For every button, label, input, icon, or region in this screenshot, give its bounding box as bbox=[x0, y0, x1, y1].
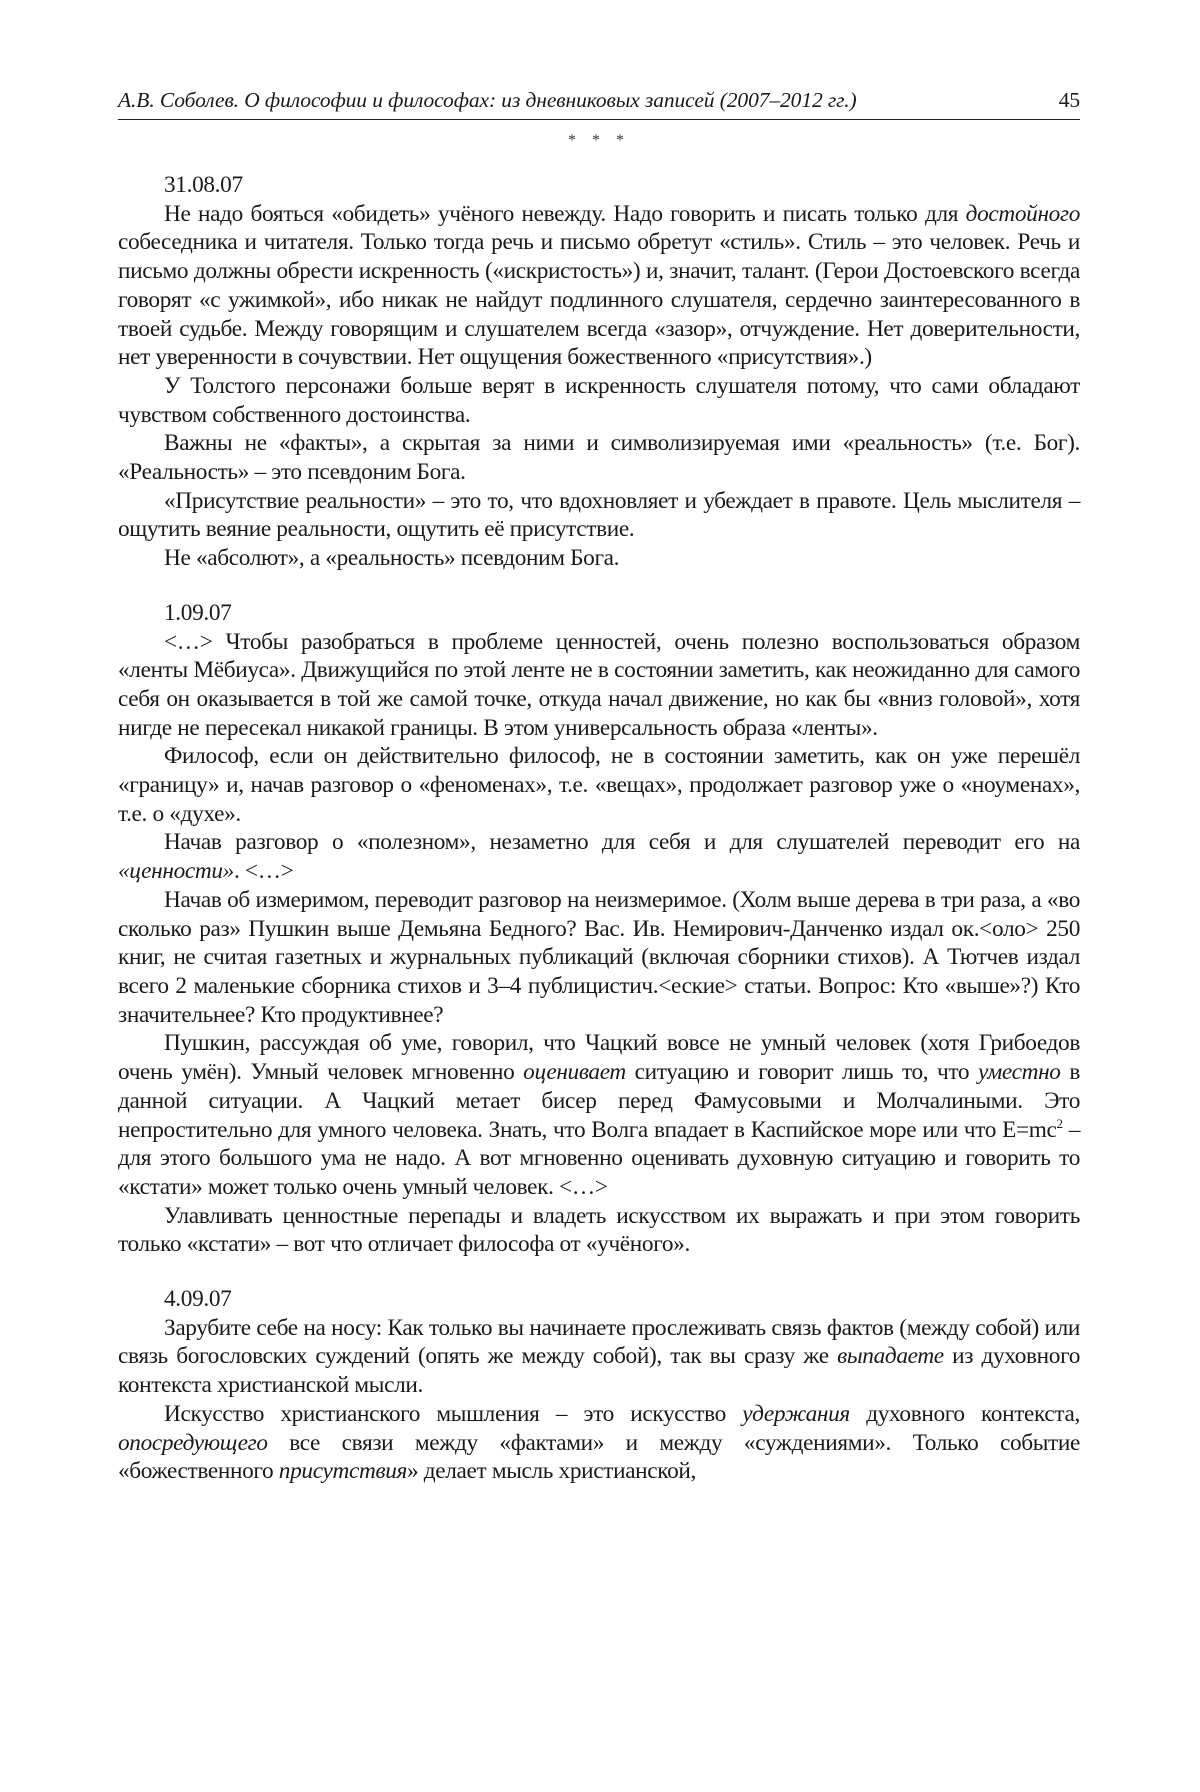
paragraph: Важны не «факты», а скрытая за ними и си… bbox=[118, 429, 1080, 486]
text-run: Философ, если он действительно философ, … bbox=[118, 743, 1080, 826]
text-run: Начав разговор о «полезном», незаметно д… bbox=[164, 829, 1080, 855]
text-run: духовного контекста, bbox=[850, 1401, 1080, 1427]
paragraph: Начав разговор о «полезном», незаметно д… bbox=[118, 828, 1080, 885]
text-run: Не надо бояться «обидеть» учёного невежд… bbox=[164, 201, 966, 227]
text-run: Улавливать ценностные перепады и владеть… bbox=[118, 1203, 1080, 1258]
running-header: А.В. Соболев. О философии и философах: и… bbox=[118, 88, 1080, 120]
text-run: Важны не «факты», а скрытая за ними и си… bbox=[118, 430, 1080, 485]
journal-page: А.В. Соболев. О философии и философах: и… bbox=[118, 88, 1080, 1486]
article-body: 31.08.07 Не надо бояться «обидеть» учёно… bbox=[118, 171, 1080, 1486]
text-run: У Толстого персонажи больше верят в искр… bbox=[118, 373, 1080, 428]
diary-entry: 1.09.07 <…> Чтобы разобраться в проблеме… bbox=[118, 599, 1080, 1259]
text-run: ситуацию и говорит лишь то, что bbox=[626, 1059, 978, 1085]
italic-text: «ценности» bbox=[118, 858, 234, 884]
entry-date: 4.09.07 bbox=[118, 1285, 1080, 1314]
paragraph: У Толстого персонажи больше верят в искр… bbox=[118, 372, 1080, 429]
italic-text: опосредующего bbox=[118, 1430, 268, 1456]
text-run: Не «абсолют», а «реальность» псевдоним Б… bbox=[164, 545, 619, 571]
page-number: 45 bbox=[1059, 88, 1080, 113]
italic-text: достойного bbox=[966, 201, 1080, 227]
italic-text: выпадаете bbox=[837, 1343, 944, 1369]
text-run: «Присутствие реальности» – это то, что в… bbox=[118, 488, 1080, 543]
italic-text: оценивает bbox=[523, 1059, 626, 1085]
italic-text: присутствия bbox=[279, 1458, 407, 1484]
text-run: . <…> bbox=[234, 858, 293, 884]
text-run: Начав об измеримом, переводит разговор н… bbox=[118, 887, 1080, 1028]
text-run: <…> Чтобы разобраться в проблеме ценност… bbox=[118, 629, 1080, 741]
section-divider: * * * bbox=[118, 132, 1080, 150]
entry-date: 1.09.07 bbox=[118, 599, 1080, 628]
running-title: А.В. Соболев. О философии и философах: и… bbox=[118, 88, 857, 113]
text-run: » делает мысль христианской, bbox=[407, 1458, 696, 1484]
paragraph: Не «абсолют», а «реальность» псевдоним Б… bbox=[118, 544, 1080, 573]
paragraph: «Присутствие реальности» – это то, что в… bbox=[118, 487, 1080, 544]
italic-text: удержания bbox=[742, 1401, 850, 1427]
italic-text: уместно bbox=[978, 1059, 1061, 1085]
paragraph: Зарубите себе на носу: Как только вы нач… bbox=[118, 1314, 1080, 1400]
paragraph: <…> Чтобы разобраться в проблеме ценност… bbox=[118, 628, 1080, 743]
paragraph: Улавливать ценностные перепады и владеть… bbox=[118, 1202, 1080, 1259]
paragraph: Искусство христианского мышления – это и… bbox=[118, 1400, 1080, 1486]
paragraph: Философ, если он действительно философ, … bbox=[118, 742, 1080, 828]
text-run: собеседника и читателя. Только тогда реч… bbox=[118, 229, 1080, 370]
diary-entry: 4.09.07 Зарубите себе на носу: Как тольк… bbox=[118, 1285, 1080, 1486]
paragraph: Начав об измеримом, переводит разговор н… bbox=[118, 886, 1080, 1030]
text-run: Искусство христианского мышления – это и… bbox=[164, 1401, 742, 1427]
diary-entry: 31.08.07 Не надо бояться «обидеть» учёно… bbox=[118, 171, 1080, 573]
paragraph: Не надо бояться «обидеть» учёного невежд… bbox=[118, 200, 1080, 372]
paragraph: Пушкин, рассуждая об уме, говорил, что Ч… bbox=[118, 1029, 1080, 1201]
entry-date: 31.08.07 bbox=[118, 171, 1080, 200]
